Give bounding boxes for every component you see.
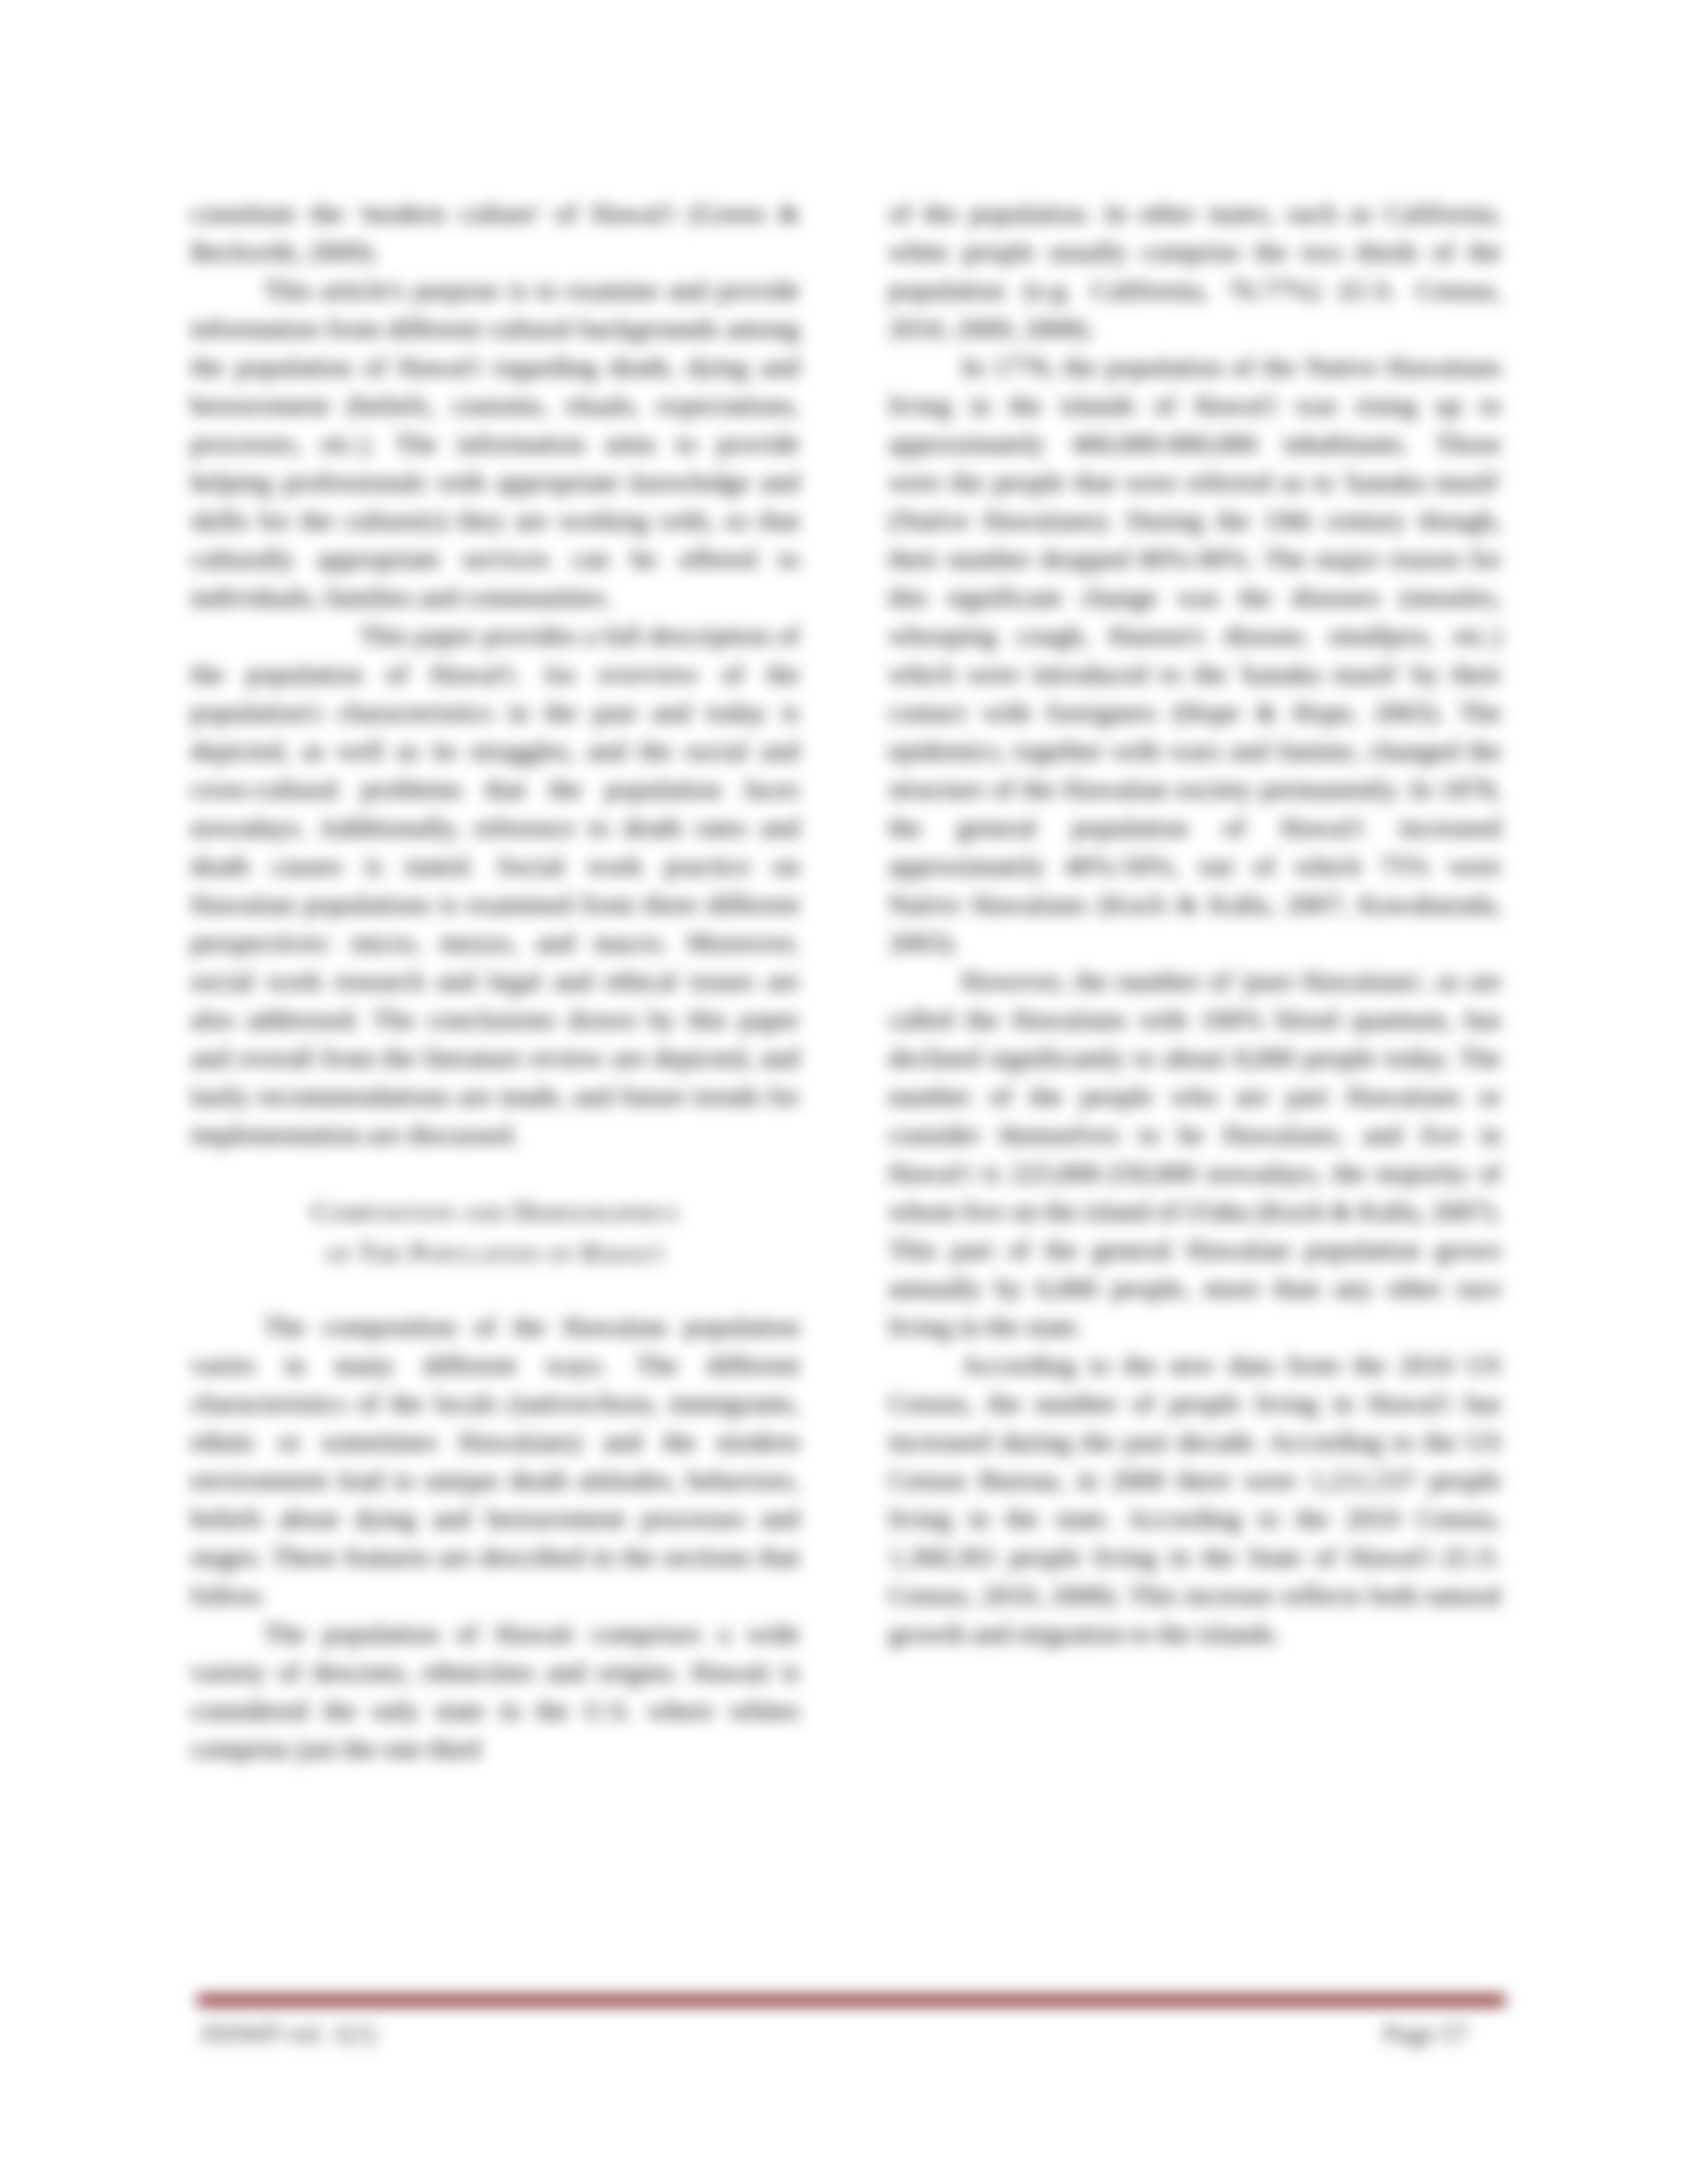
paragraph: constitute the 'modern culture' of Hawai… — [191, 194, 800, 271]
section-heading-line2: of The Population of Hawai'i — [191, 1232, 800, 1273]
paragraph: According to the new data from the 2010 … — [888, 1345, 1501, 1653]
paragraph: The population of Hawaii comprises a wid… — [191, 1614, 800, 1768]
paragraph: In 1778, the population of the Native Ha… — [888, 347, 1501, 962]
footer-rule — [197, 1994, 1505, 2007]
paragraph: This paper provides a full description o… — [191, 616, 800, 1154]
paragraph: This article's purpose is to examine and… — [191, 271, 800, 616]
paragraph: of the population. In other states, such… — [888, 194, 1501, 347]
paragraph: However, the number of 'pure Hawaiians',… — [888, 962, 1501, 1345]
section-heading-line1: Composition and Demographics — [191, 1191, 800, 1232]
document-page: constitute the 'modern culture' of Hawai… — [0, 0, 1688, 2184]
footer-journal-label: JSSWP vol. 1(1) — [200, 2019, 376, 2049]
left-column: constitute the 'modern culture' of Hawai… — [191, 194, 800, 1768]
blurred-content-layer: constitute the 'modern culture' of Hawai… — [0, 0, 1688, 2184]
right-column: of the population. In other states, such… — [888, 194, 1501, 1653]
footer-page-number: Page 57 — [1383, 2019, 1468, 2049]
paragraph: The composition of the Hawaiian populati… — [191, 1307, 800, 1614]
section-heading: Composition and Demographics of The Popu… — [191, 1191, 800, 1273]
